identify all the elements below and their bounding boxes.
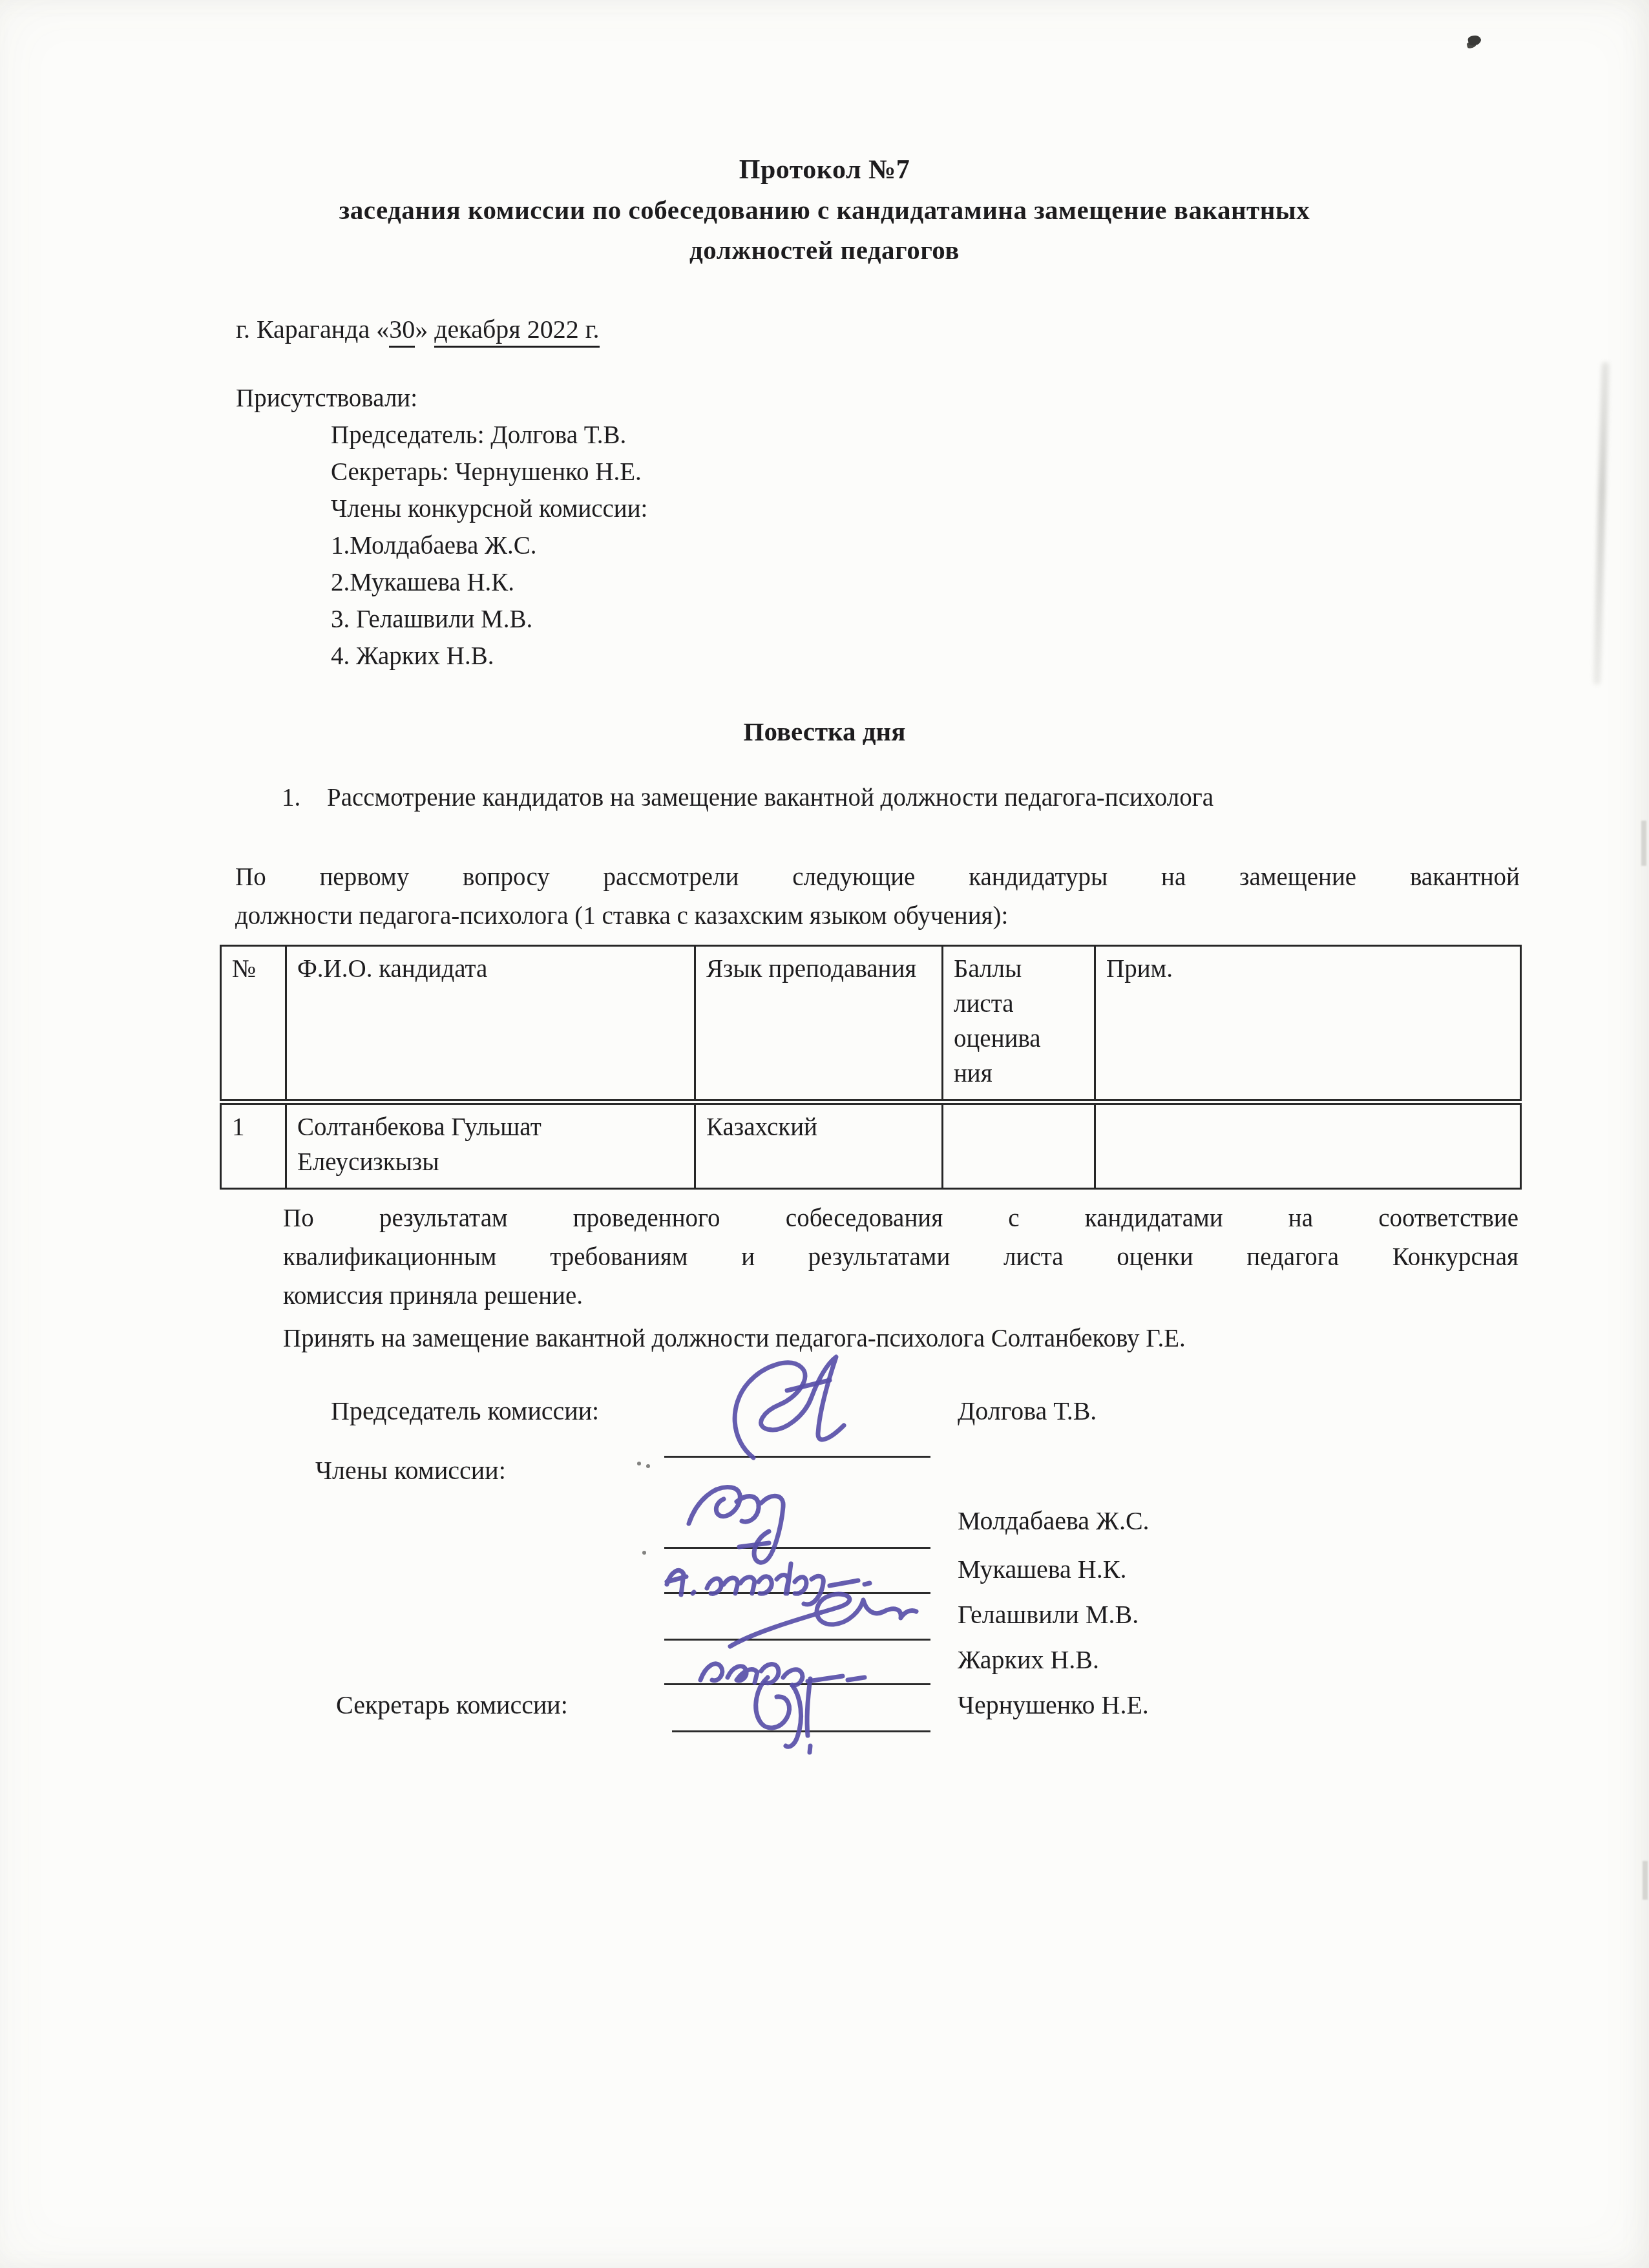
candidate-row-1: 1 Солтанбекова Гульшат Елеусизкызы Казах… <box>221 1102 1521 1189</box>
document-subtitle-line-1: заседания комиссии по собеседованию с ка… <box>0 190 1649 230</box>
document-page: Протокол №7 заседания комиссии по собесе… <box>0 0 1649 2268</box>
chairman-signature <box>691 1343 898 1465</box>
scan-edge-mark <box>1643 1861 1648 1900</box>
candidate-name: Солтанбекова Гульшат Елеусизкызы <box>286 1102 695 1189</box>
attendee-member-4: 4. Жарких Н.В. <box>236 638 647 675</box>
col-header-language: Язык преподавания <box>695 946 943 1102</box>
agenda-item-number: 1. <box>282 783 327 812</box>
document-title: Протокол №7 <box>0 150 1649 190</box>
scan-dot <box>637 1462 641 1465</box>
members-label: Члены комиссии: <box>315 1455 506 1486</box>
intro-line-2: должности педагога-психолога (1 ставка с… <box>235 897 1520 936</box>
col-header-name: Ф.И.О. кандидата <box>286 946 695 1102</box>
member-3-signature-line <box>664 1639 930 1641</box>
member-3-name: Гелашвили М.В. <box>958 1599 1139 1630</box>
attendees-heading: Присутствовали: <box>236 380 647 417</box>
secretary-name: Чернушенко Н.Е. <box>958 1690 1149 1720</box>
attendee-member-3: 3. Гелашвили М.В. <box>236 601 647 638</box>
candidate-number: 1 <box>221 1102 286 1189</box>
member-1-name: Молдабаева Ж.С. <box>958 1506 1150 1536</box>
dateline-closing-quote: » <box>415 315 434 344</box>
member-4-signature <box>685 1626 943 1697</box>
scan-speck <box>1467 34 1482 47</box>
member-3-signature <box>711 1569 930 1659</box>
agenda-item-text: Рассмотрение кандидатов на замещение вак… <box>327 783 1213 812</box>
resolution-line: Принять на замещение вакантной должности… <box>283 1319 1549 1358</box>
dateline-city: г. Караганда « <box>236 315 389 344</box>
decision-paragraph: По результатам проведенного собеседовани… <box>283 1199 1518 1316</box>
agenda-item-1: 1. Рассмотрение кандидатов на замещение … <box>282 783 1213 812</box>
dateline: г. Караганда «30» декабря 2022 г. <box>236 314 600 344</box>
decision-line-2: квалификационным требованиям и результат… <box>283 1238 1518 1277</box>
member-4-name: Жарких Н.В. <box>958 1644 1099 1675</box>
attendees-block: Присутствовали: Председатель: Долгова Т.… <box>236 380 647 675</box>
agenda-heading: Повестка дня <box>0 716 1649 747</box>
candidate-language: Казахский <box>695 1102 943 1189</box>
member-2-signature <box>651 1544 936 1609</box>
candidate-score <box>943 1102 1095 1189</box>
member-1-signature-line <box>664 1547 930 1549</box>
member-4-signature-line <box>664 1683 930 1685</box>
scanned-document: { "colors": { "ink": "#584fa8", "text": … <box>0 0 1649 2268</box>
chairman-label: Председатель комиссии: <box>331 1396 599 1426</box>
document-subtitle-line-2: должностей педагогов <box>0 230 1649 270</box>
member-2-name: Мукашева Н.К. <box>958 1554 1126 1584</box>
attendee-chairman: Председатель: Долгова Т.В. <box>236 417 647 454</box>
scan-dot <box>642 1551 646 1555</box>
intro-paragraph: По первому вопросу рассмотрели следующие… <box>235 858 1520 936</box>
col-header-note: Прим. <box>1095 946 1521 1102</box>
chairman-name: Долгова Т.В. <box>958 1396 1097 1426</box>
attendee-member-1: 1.Молдабаева Ж.С. <box>236 527 647 564</box>
scan-dot <box>646 1464 650 1468</box>
attendee-secretary: Секретарь: Чернушенко Н.Е. <box>236 454 647 490</box>
candidates-table: № Ф.И.О. кандидата Язык преподавания Бал… <box>220 945 1522 1190</box>
member-2-signature-line <box>664 1592 930 1594</box>
col-header-score: Баллы листа оценива ния <box>943 946 1095 1102</box>
candidates-table-header-row: № Ф.И.О. кандидата Язык преподавания Бал… <box>221 946 1521 1102</box>
intro-line-1: По первому вопросу рассмотрели следующие… <box>235 858 1520 897</box>
document-title-block: Протокол №7 заседания комиссии по собесе… <box>0 150 1649 270</box>
secretary-signature-line <box>672 1730 930 1732</box>
decision-line-1: По результатам проведенного собеседовани… <box>283 1199 1518 1238</box>
decision-line-3: комиссия приняла решение. <box>283 1277 1518 1316</box>
dateline-month-year: декабря 2022 г. <box>434 315 599 348</box>
secretary-label: Секретарь комиссии: <box>336 1690 568 1720</box>
dateline-day: 30 <box>389 315 415 348</box>
scan-edge-mark <box>1641 821 1646 866</box>
scan-edge-smudge <box>1593 362 1609 685</box>
attendees-members-heading: Члены конкурсной комиссии: <box>236 490 647 527</box>
attendee-member-2: 2.Мукашева Н.К. <box>236 564 647 601</box>
chairman-signature-line <box>664 1456 930 1458</box>
col-header-number: № <box>221 946 286 1102</box>
secretary-signature <box>730 1659 885 1769</box>
member-1-signature <box>677 1462 897 1571</box>
candidate-note <box>1095 1102 1521 1189</box>
